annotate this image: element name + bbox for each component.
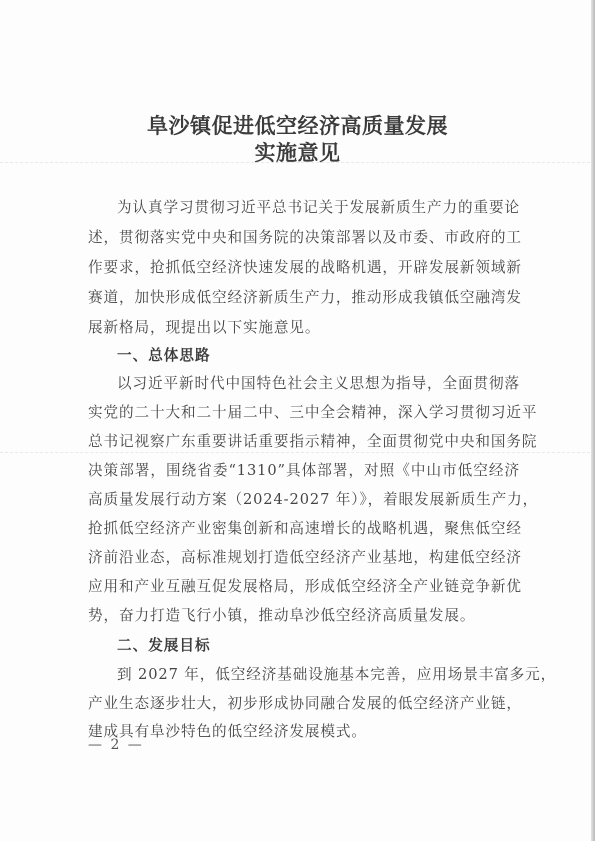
page-number: — 2 — <box>88 737 144 753</box>
paragraph-line: 济前沿业态，高标准规划打造低空经济产业基地，构建低空经济 <box>88 548 520 568</box>
paragraph-line: 势，奋力打造飞行小镇，推动阜沙低空经济高质量发展。 <box>88 606 520 626</box>
paragraph-line: 总书记视察广东重要讲话重要指示精神，全面贯彻党中央和国务院 <box>88 432 520 452</box>
paragraph-line: 作要求，抢抓低空经济快速发展的战略机遇，开辟发展新领域新 <box>88 258 520 278</box>
scan-artifact-line <box>0 452 590 453</box>
paragraph-line: 为认真学习贯彻习近平总书记关于发展新质生产力的重要论 <box>117 198 520 218</box>
section-heading-1: 一、总体思路 <box>117 346 211 366</box>
paragraph-line: 展新格局，现提出以下实施意见。 <box>88 318 520 338</box>
paragraph-line: 建成具有阜沙特色的低空经济发展模式。 <box>88 722 520 742</box>
section-heading-2: 二、发展目标 <box>117 636 211 656</box>
paragraph-line: 决策部署，围绕省委“1310”具体部署，对照《中山市低空经济 <box>88 461 520 481</box>
paragraph-line: 应用和产业互融互促发展格局，形成低空经济全产业链竞争新优 <box>88 577 520 597</box>
paragraph-line: 以习近平新时代中国特色社会主义思想为指导，全面贯彻落 <box>117 374 520 394</box>
document-title: 阜沙镇促进低空经济高质量发展 <box>0 112 595 140</box>
paragraph-line: 抢抓低空经济产业密集创新和高速增长的战略机遇，聚焦低空经 <box>88 519 520 539</box>
paragraph-line: 述，贯彻落实党中央和国务院的决策部署以及市委、市政府的工 <box>88 228 520 248</box>
document-subtitle: 实施意见 <box>0 139 595 167</box>
paragraph-line: 产业生态逐步壮大，初步形成协同融合发展的低空经济产业链， <box>88 694 520 714</box>
paragraph-line: 赛道，加快形成低空经济新质生产力，推动形成我镇低空融湾发 <box>88 288 520 308</box>
paragraph-line: 高质量发展行动方案（2024-2027 年）》，着眼发展新质生产力， <box>88 490 520 510</box>
paragraph-line: 实党的二十大和二十届二中、三中全会精神，深入学习贯彻习近平 <box>88 403 520 423</box>
paragraph-line: 到 2027 年，低空经济基础设施基本完善，应用场景丰富多元， <box>117 665 520 685</box>
